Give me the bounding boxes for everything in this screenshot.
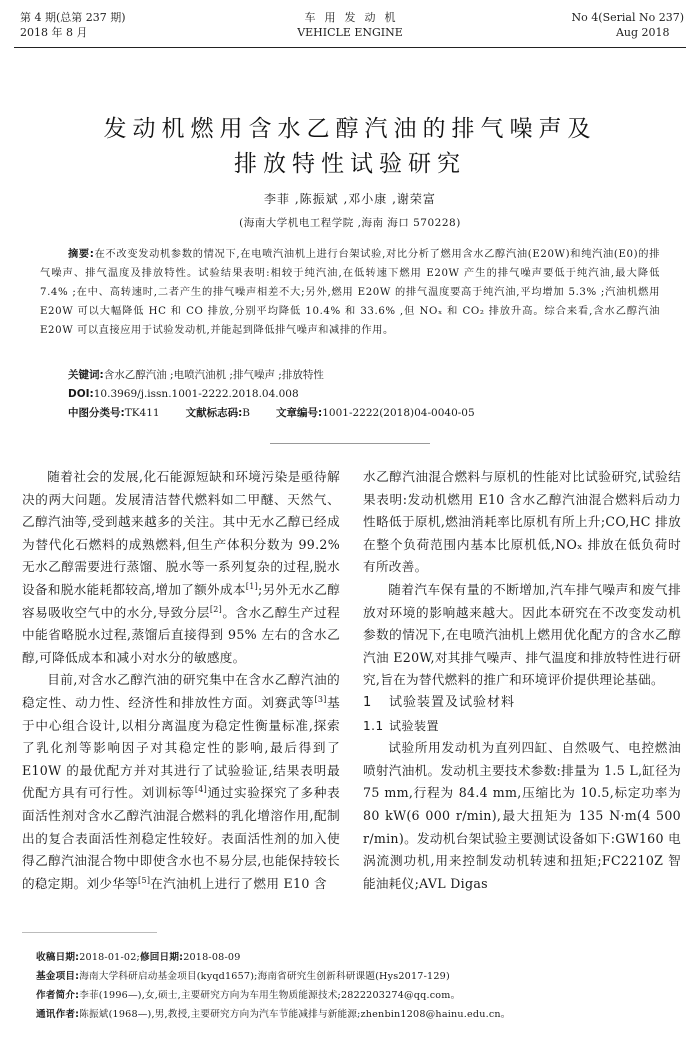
- body-column-left: 随着社会的发展,化石能源短缺和环境污染是亟待解决的两大问题。发展清洁替代燃料如二…: [22, 466, 340, 895]
- author-bio-label: 作者简介:: [36, 990, 79, 1001]
- revised-label: 修回日期:: [140, 952, 183, 963]
- clc-label: 中图分类号:: [68, 407, 125, 419]
- affiliation: (海南大学机电工程学院 ,海南 海口 570228): [0, 215, 700, 230]
- doc-code-label: 文献标志码:: [186, 407, 243, 419]
- intro-paragraph-1: 随着社会的发展,化石能源短缺和环境污染是亟待解决的两大问题。发展清洁替代燃料如二…: [22, 466, 340, 669]
- citation-5[interactable]: [5]: [138, 876, 150, 885]
- received-date: 2018-01-02;: [79, 952, 140, 963]
- header-rule: [14, 47, 686, 48]
- keywords-text: 含水乙醇汽油 ;电喷汽油机 ;排气噪声 ;排放特性: [104, 369, 324, 381]
- authors: 李菲 ,陈振斌 ,邓小康 ,谢荣富: [0, 190, 700, 207]
- fund-label: 基金项目:: [36, 971, 79, 982]
- corresponding-label: 通讯作者:: [36, 1009, 79, 1020]
- paragraph-text: 随着社会的发展,化石能源短缺和环境污染是亟待解决的两大问题。发展清洁替代燃料如二…: [22, 469, 340, 597]
- keywords-label: 关键词:: [68, 369, 104, 381]
- article-title-line1: 发动机燃用含水乙醇汽油的排气噪声及: [0, 112, 700, 147]
- paragraph-text: 在汽油机上进行了燃用 E10 含: [150, 876, 327, 891]
- abstract: 摘要:在不改变发动机参数的情况下,在电喷汽油机上进行台架试验,对比分析了燃用含水…: [40, 245, 660, 340]
- article-title: 发动机燃用含水乙醇汽油的排气噪声及 排放特性试验研究: [0, 112, 700, 182]
- subsection-number: 1.1: [363, 715, 389, 738]
- revised-date: 2018-08-09: [183, 952, 240, 963]
- equipment-paragraph: 试验所用发动机为直列四缸、自然吸气、电控燃油喷射汽油机。发动机主要技术参数:排量…: [363, 737, 681, 895]
- keywords: 关键词:含水乙醇汽油 ;电喷汽油机 ;排气噪声 ;排放特性: [68, 366, 324, 385]
- issue-number-en: No 4(Serial No 237): [572, 10, 684, 25]
- footnote-dates: 收稿日期:2018-01-02;修回日期:2018-08-09: [36, 951, 241, 964]
- paragraph-text: 目前,对含水乙醇汽油的研究集中在含水乙醇汽油的稳定性、动力性、经济性和排放性方面…: [22, 672, 340, 710]
- issue-info-en: No 4(Serial No 237) Aug 2018: [572, 10, 684, 40]
- corresponding-value: 陈振斌(1968—),男,教授,主要研究方向为汽车节能减排与新能源;zhenbi…: [79, 1009, 510, 1020]
- section-heading-1: 1试验装置及试验材料: [363, 692, 681, 715]
- classification: 中图分类号:TK411文献标志码:B文章编号:1001-2222(2018)04…: [68, 404, 475, 423]
- clc-value: TK411: [125, 407, 160, 419]
- received-label: 收稿日期:: [36, 952, 79, 963]
- author-bio-value: 李菲(1996—),女,硕士,主要研究方向为车用生物质能源技术;28222032…: [79, 990, 460, 1001]
- section-number: 1: [363, 692, 389, 715]
- citation-1[interactable]: [1]: [246, 582, 258, 591]
- intro-paragraph-2: 目前,对含水乙醇汽油的研究集中在含水乙醇汽油的稳定性、动力性、经济性和排放性方面…: [22, 669, 340, 895]
- intro-paragraph-2-cont: 水乙醇汽油混合燃料与原机的性能对比试验研究,试验结果表明:发动机燃用 E10 含…: [363, 466, 681, 579]
- subsection-heading-1-1: 1.1试验装置: [363, 715, 681, 738]
- body-column-right: 水乙醇汽油混合燃料与原机的性能对比试验研究,试验结果表明:发动机燃用 E10 含…: [363, 466, 681, 895]
- abstract-divider: [270, 443, 430, 444]
- footnote-fund: 基金项目:海南大学科研启动基金项目(kyqd1657);海南省研究生创新科研课题…: [36, 970, 450, 983]
- doi-link[interactable]: 10.3969/j.issn.1001-2222.2018.04.008: [94, 388, 299, 400]
- issue-date-en: Aug 2018: [572, 25, 684, 40]
- article-title-line2: 排放特性试验研究: [0, 147, 700, 182]
- article-no-value: 1001-2222(2018)04-0040-05: [322, 407, 474, 419]
- citation-4[interactable]: [4]: [195, 785, 207, 794]
- doi: DOI:10.3969/j.issn.1001-2222.2018.04.008: [68, 385, 299, 404]
- doi-label: DOI:: [68, 388, 94, 400]
- section-title: 试验装置及试验材料: [389, 695, 515, 710]
- article-no-label: 文章编号:: [276, 407, 322, 419]
- fund-value: 海南大学科研启动基金项目(kyqd1657);海南省研究生创新科研课题(Hys2…: [79, 971, 450, 982]
- intro-paragraph-3: 随着汽车保有量的不断增加,汽车排气噪声和废气排放对环境的影响越来越大。因此本研究…: [363, 579, 681, 692]
- abstract-text: 在不改变发动机参数的情况下,在电喷汽油机上进行台架试验,对比分析了燃用含水乙醇汽…: [40, 249, 660, 336]
- subsection-title: 试验装置: [389, 719, 439, 733]
- abstract-label: 摘要:: [68, 249, 94, 260]
- footnote-corresponding: 通讯作者:陈振斌(1968—),男,教授,主要研究方向为汽车节能减排与新能源;z…: [36, 1008, 511, 1021]
- footnote-rule: [22, 932, 157, 933]
- footnote-author: 作者简介:李菲(1996—),女,硕士,主要研究方向为车用生物质能源技术;282…: [36, 989, 460, 1002]
- doc-code-value: B: [242, 407, 250, 419]
- citation-3[interactable]: [3]: [314, 695, 326, 704]
- citation-2[interactable]: [2]: [210, 604, 222, 613]
